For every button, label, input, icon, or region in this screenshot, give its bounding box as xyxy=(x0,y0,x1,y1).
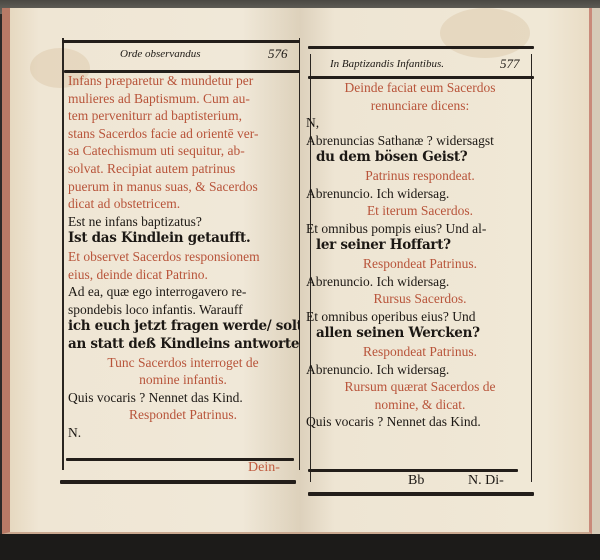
book-spread: Orde observandus 576 Infans præparetur &… xyxy=(0,8,600,534)
text-line: eius, deinde dicat Patrino. xyxy=(68,266,298,284)
text-line: Et omnibus pompis eius? Und al- xyxy=(306,220,534,238)
text-line: Quis vocaris ? Nennet das Kind. xyxy=(68,389,298,407)
left-page: Orde observandus 576 Infans præparetur &… xyxy=(2,8,300,534)
text-line: du dem bösen Geist? xyxy=(306,149,534,167)
text-line: Respondeat Patrinus. xyxy=(306,343,534,361)
text-line: stans Sacerdos facie ad orientē ver- xyxy=(68,125,298,143)
text-line: Respondet Patrinus. xyxy=(68,406,298,424)
text-line: sa Catechismum uti sequitur, ab- xyxy=(68,142,298,160)
text-line: Patrinus respondeat. xyxy=(306,167,534,185)
text-line: renunciare dicens: xyxy=(306,97,534,115)
left-head-rule-top xyxy=(62,40,300,43)
text-line: spondebis loco infantis. Warauff xyxy=(68,301,298,319)
text-line: Deinde faciat eum Sacerdos xyxy=(306,79,534,97)
text-line: allen seinen Wercken? xyxy=(306,325,534,343)
text-line: Ist das Kindlein getaufft. xyxy=(68,230,298,248)
table-surface xyxy=(0,534,600,560)
left-bottom-rule xyxy=(60,480,296,484)
right-page: In Baptizandis Infantibus. 577 Deinde fa… xyxy=(300,8,592,534)
page-edges xyxy=(592,8,600,534)
text-line: Ad ea, quæ ego interrogavero re- xyxy=(68,283,298,301)
text-line: Est ne infans baptizatus? xyxy=(68,213,298,231)
left-page-body: Infans præparetur & mundetur permulieres… xyxy=(68,72,298,441)
left-page-number: 576 xyxy=(268,46,288,62)
right-foot-rule xyxy=(308,469,518,472)
text-line: Abrenuncio. Ich widersag. xyxy=(306,185,534,203)
text-line: Abrenuncias Sathanæ ? widersagst xyxy=(306,132,534,150)
text-line: Et observet Sacerdos responsionem xyxy=(68,248,298,266)
text-line: tem perveniturr ad baptisterium, xyxy=(68,107,298,125)
right-head-rule-top xyxy=(308,46,534,49)
text-line: Rursus Sacerdos. xyxy=(306,290,534,308)
right-running-head: In Baptizandis Infantibus. xyxy=(330,58,444,70)
text-line: ich euch jetzt fragen werde/ solt jr mir xyxy=(68,318,298,336)
text-line: an statt deß Kindleins antworten. xyxy=(68,336,298,354)
text-line: Et iterum Sacerdos. xyxy=(306,202,534,220)
text-line: mulieres ad Baptismum. Cum au- xyxy=(68,90,298,108)
text-line: nomine infantis. xyxy=(68,371,298,389)
text-line: solvat. Recipiat autem patrinus xyxy=(68,160,298,178)
paper-stain xyxy=(440,8,530,58)
text-line: Et omnibus operibus eius? Und xyxy=(306,308,534,326)
text-line: Quis vocaris ? Nennet das Kind. xyxy=(306,413,534,431)
left-running-head: Orde observandus xyxy=(120,48,201,60)
text-line: dicat ad obstetricem. xyxy=(68,195,298,213)
text-line: puerum in manus suas, & Sacerdos xyxy=(68,178,298,196)
left-catchword: Dein- xyxy=(248,460,280,476)
text-line: Rursum quærat Sacerdos de xyxy=(306,378,534,396)
text-line: Abrenuncio. Ich widersag. xyxy=(306,361,534,379)
right-signature-mark: Bb xyxy=(408,473,424,489)
text-line: ler seiner Hoffart? xyxy=(306,237,534,255)
text-line: Abrenuncio. Ich widersag. xyxy=(306,273,534,291)
text-line: Infans præparetur & mundetur per xyxy=(68,72,298,90)
text-line: Tunc Sacerdos interroget de xyxy=(68,354,298,372)
text-line: Respondeat Patrinus. xyxy=(306,255,534,273)
text-line: N, xyxy=(306,114,534,132)
text-line: N. xyxy=(68,424,298,442)
right-catchword: N. Di- xyxy=(468,473,504,489)
right-page-body: Deinde faciat eum Sacerdosrenunciare dic… xyxy=(306,79,534,431)
right-page-number: 577 xyxy=(500,56,520,72)
text-line: nomine, & dicat. xyxy=(306,396,534,414)
right-bottom-rule xyxy=(308,492,534,496)
